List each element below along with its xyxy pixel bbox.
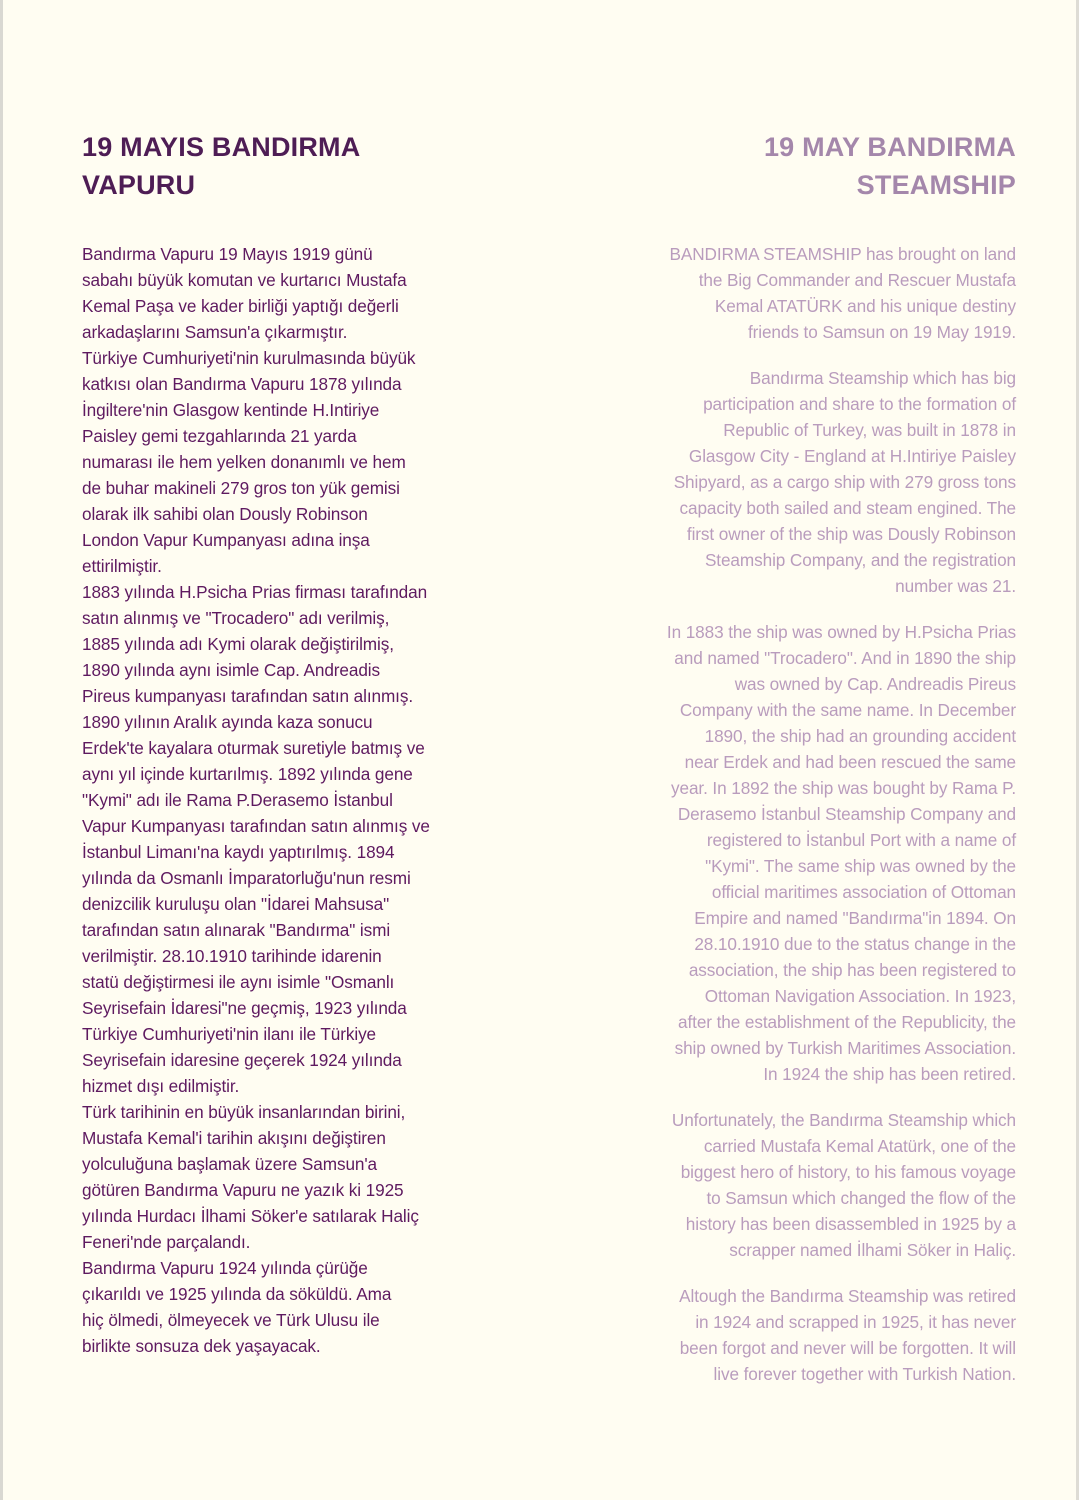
english-title: 19 MAY BANDIRMA STEAMSHIP — [587, 128, 1016, 204]
turkish-title: 19 MAYIS BANDIRMA VAPURU — [82, 128, 522, 204]
english-paragraph-intro: BANDIRMA STEAMSHIP has brought on land t… — [587, 241, 1016, 345]
turkish-column: 19 MAYIS BANDIRMA VAPURU Bandırma Vapuru… — [82, 128, 522, 1359]
document-page: 19 MAYIS BANDIRMA VAPURU Bandırma Vapuru… — [0, 0, 1079, 1500]
english-paragraph-legacy: Altough the Bandırma Steamship was retir… — [587, 1283, 1016, 1387]
english-column: 19 MAY BANDIRMA STEAMSHIP BANDIRMA STEAM… — [587, 128, 1016, 1407]
english-paragraph-scrapping: Unfortunately, the Bandırma Steamship wh… — [587, 1107, 1016, 1263]
english-paragraph-ownership-history: In 1883 the ship was owned by H.Psicha P… — [587, 619, 1016, 1087]
english-paragraph-construction: Bandırma Steamship which has big partici… — [587, 365, 1016, 599]
turkish-body-paragraph: Bandırma Vapuru 19 Mayıs 1919 günü sabah… — [82, 241, 522, 1359]
